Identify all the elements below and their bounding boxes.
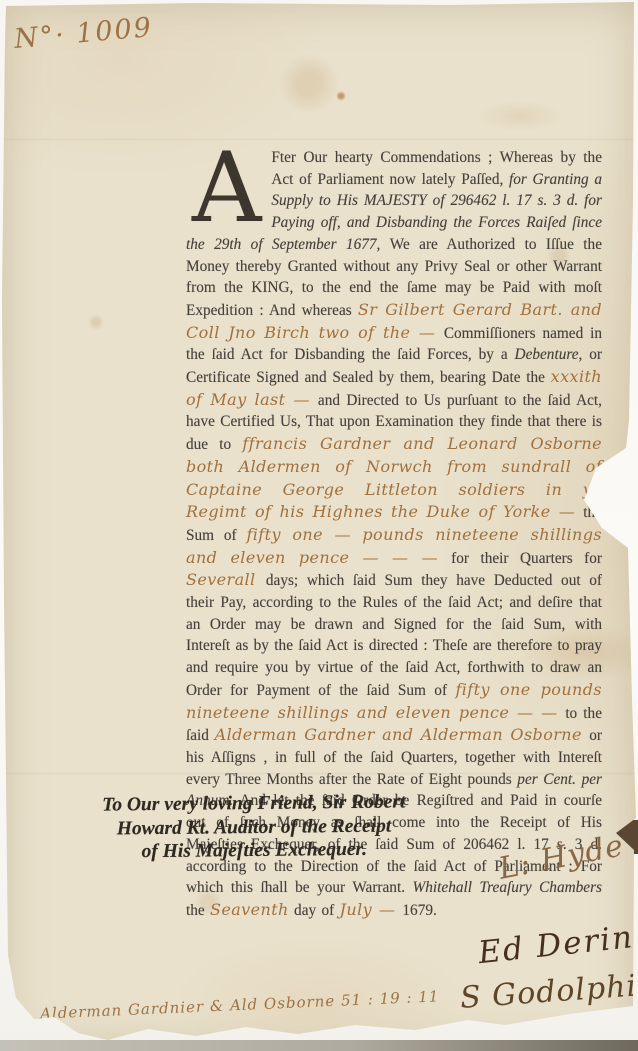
manuscript-document-number: N°· 1009 [13,12,154,55]
body-text-segment: July — [340,900,403,919]
docket-annotation: Alderman Gardnier & Ald Osborne 51 : 19 … [40,987,440,1022]
body-text-segment: for their Quarters for [451,550,602,567]
scan-bottom-edge [0,1040,638,1051]
body-text-segment: day of [289,902,340,919]
body-text-segment: the [186,902,210,919]
paper-sheet: N°· 1009 A Fter Our hearty Commendations… [0,0,638,1051]
signature-godolphin: S Godolphin [459,967,638,1016]
body-text-segment: ffrancis Gardner and Leonard Osborne bot… [186,434,602,521]
document-scan: N°· 1009 A Fter Our hearty Commendations… [0,0,638,1051]
drop-cap-initial: A [186,147,271,225]
paper-crease [0,138,638,141]
address-block: To Our very loving Friend, Sir Robert Ho… [58,790,451,865]
body-text-segment: Seaventh [210,900,289,919]
address-line: Howard Kt. Auditor of the Receipt [58,813,450,841]
body-text-segment: Alderman Gardner and Alderman Osborne [215,725,590,744]
body-text-segment: Severall [186,570,266,589]
signature-dering: Ed Dering [477,917,638,971]
body-text-segment: 1679. [402,902,436,919]
address-line: To Our very loving Friend, Sir Robert [58,790,450,818]
address-line: of His Majeſties Exchequer. [58,837,450,865]
body-text-segment: Debenture [515,346,579,363]
